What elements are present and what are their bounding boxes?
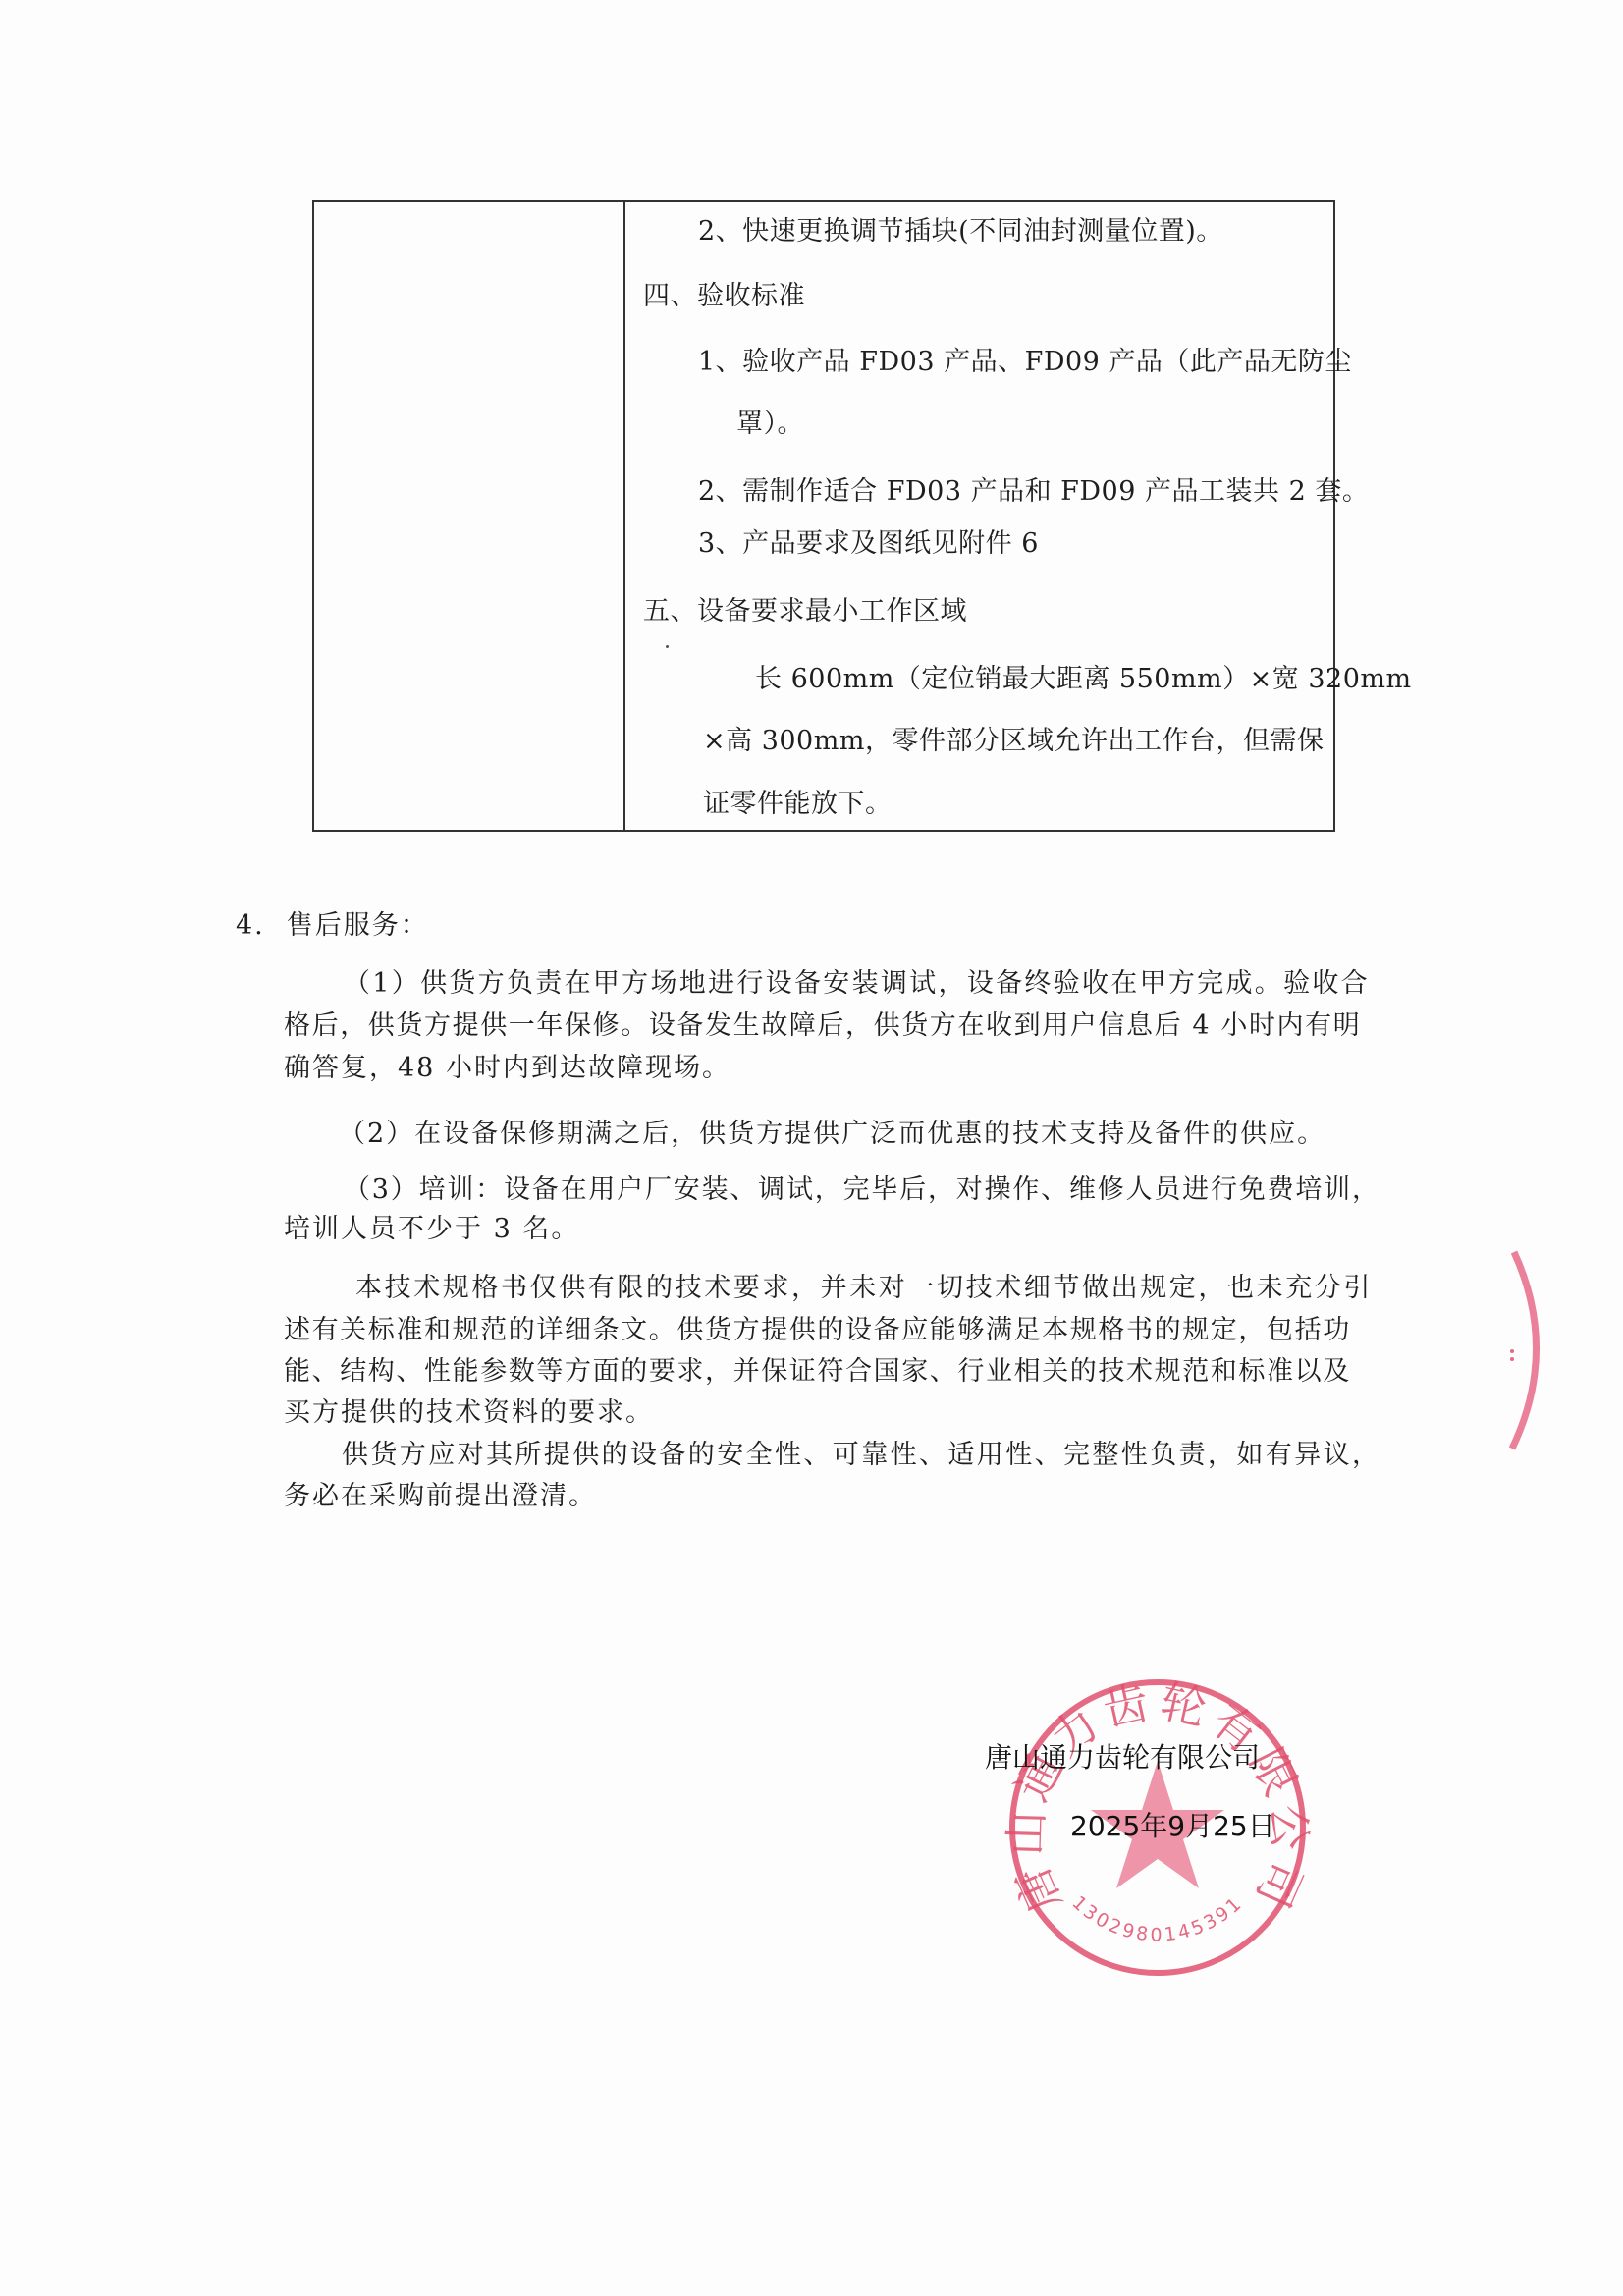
table-line: 3、产品要求及图纸见附件 6	[698, 527, 1039, 561]
paragraph-line: 格后，供货方提供一年保修。设备发生故障后，供货方在收到用户信息后 4 小时内有明	[284, 1010, 1361, 1043]
section-heading: 4.售后服务：	[236, 909, 429, 943]
table-heading: 四、验收标准	[643, 280, 805, 313]
paragraph-line: 述有关标准和规范的详细条文。供货方提供的设备应能够满足本规格书的规定，包括功	[284, 1314, 1351, 1347]
partial-seal-stamp	[1502, 1247, 1561, 1453]
seal-number: 1302980145391	[1068, 1892, 1248, 1946]
svg-text:1302980145391: 1302980145391	[1068, 1892, 1248, 1946]
paragraph-line: 确答复，48 小时内到达故障现场。	[284, 1052, 730, 1085]
paragraph-line: 买方提供的技术资料的要求。	[284, 1396, 654, 1430]
scan-speck	[666, 645, 669, 648]
table-line: 2、需制作适合 FD03 产品和 FD09 产品工装共 2 套。	[698, 475, 1369, 509]
paragraph-line: （3）培训：设备在用户厂安装、调试，完毕后，对操作、维修人员进行免费培训，	[344, 1174, 1380, 1207]
paragraph-line: （1）供货方负责在甲方场地进行设备安装调试，设备终验收在甲方完成。验收合	[344, 967, 1370, 1001]
paragraph-line: 培训人员不少于 3 名。	[284, 1213, 579, 1246]
table-column-divider	[623, 202, 625, 830]
table-line: 罩）。	[736, 408, 804, 441]
section-title: 售后服务：	[287, 910, 429, 941]
table-line: 长 600mm（定位销最大距离 550mm）×宽 320mm	[755, 663, 1412, 696]
table-line: 1、验收产品 FD03 产品、FD09 产品（此产品无防尘	[698, 346, 1352, 379]
table-line: 2、快速更换调节插块(不同油封测量位置)。	[698, 215, 1223, 248]
signature-date: 2025年9月25日	[1070, 1810, 1275, 1843]
document-page: 2、快速更换调节插块(不同油封测量位置)。 四、验收标准 1、验收产品 FD03…	[0, 0, 1623, 2296]
paragraph-line: （2）在设备保修期满之后，供货方提供广泛而优惠的技术支持及备件的供应。	[339, 1118, 1325, 1151]
paragraph-line: 务必在采购前提出澄清。	[284, 1480, 597, 1513]
company-name: 唐山通力齿轮有限公司	[985, 1741, 1260, 1775]
table-line: ×高 300mm，零件部分区域允许出工作台，但需保	[703, 725, 1324, 758]
paragraph-line: 能、结构、性能参数等方面的要求，并保证符合国家、行业相关的技术规范和标准以及	[284, 1355, 1351, 1389]
paragraph-line: 本技术规格书仅供有限的技术要求，并未对一切技术细节做出规定，也未充分引	[355, 1272, 1373, 1305]
table-heading: 五、设备要求最小工作区域	[643, 595, 967, 629]
table-line: 证零件能放下。	[703, 788, 893, 821]
paragraph-line: 供货方应对其所提供的设备的安全性、可靠性、适用性、完整性负责，如有异议，	[342, 1439, 1380, 1472]
section-number: 4.	[236, 910, 265, 941]
